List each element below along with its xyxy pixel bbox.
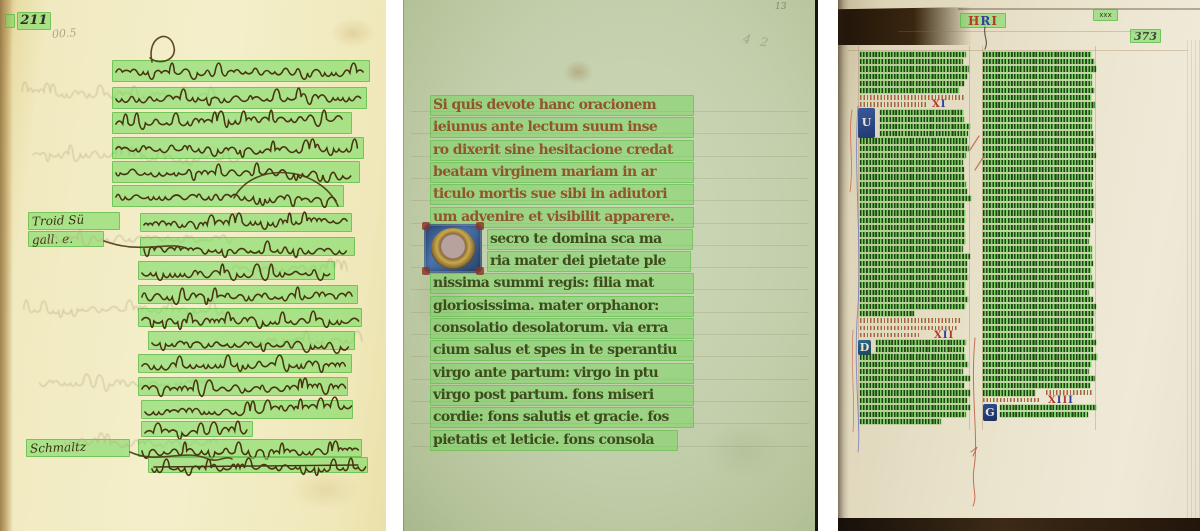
text-line-highlight: [983, 369, 1089, 374]
text-line-highlight: [983, 110, 1092, 115]
text-line-highlight: [860, 146, 969, 151]
text-line-highlight: [983, 131, 1093, 136]
text-line-highlight: [860, 354, 965, 359]
text-line-highlight: [1000, 412, 1088, 417]
text-line-highlight: [983, 318, 1093, 323]
text-line-highlight: [983, 203, 1094, 208]
text-line-highlight: [112, 87, 367, 109]
text-line-highlight: [860, 297, 968, 302]
text-line-highlight: [983, 340, 1096, 345]
text-line-highlight: [880, 124, 970, 129]
text-line-highlight: [148, 331, 355, 350]
running-title-highlight: HRI: [960, 13, 1006, 28]
text-line-highlight: [138, 354, 352, 373]
folio-mark: 13: [775, 2, 786, 12]
paper-stain: [330, 18, 376, 48]
text-line-highlight: [860, 282, 965, 287]
manuscript-text-line: ria mater dei pietate ple: [487, 251, 691, 272]
ruling-line: [858, 46, 859, 430]
text-line-highlight: [860, 369, 963, 374]
text-line-highlight: [860, 304, 965, 309]
text-line-highlight: [860, 167, 964, 172]
text-line-highlight: [860, 362, 968, 367]
text-line-highlight: [112, 161, 360, 183]
text-line-highlight: [860, 268, 967, 273]
text-line-highlight: [860, 189, 967, 194]
page-number-highlight: 211: [17, 12, 51, 30]
text-line-highlight: [983, 146, 1093, 151]
running-title-letter: I: [991, 14, 998, 28]
text-line-highlight: [983, 326, 1094, 331]
edge-mark-highlight: [5, 14, 15, 28]
text-line-highlight: [983, 333, 1092, 338]
text-line-highlight: [983, 261, 1093, 266]
text-line-highlight: [876, 340, 966, 345]
text-line-highlight: [860, 383, 964, 388]
text-line-highlight: [983, 354, 1097, 359]
text-line-highlight: [860, 398, 967, 403]
text-line-highlight: [140, 213, 352, 232]
text-line-highlight: [860, 81, 964, 86]
text-line-highlight: [860, 203, 964, 208]
text-line-highlight: [983, 282, 1094, 287]
panel-cursive-letter: 211 00.5 Troid Sü gall. e. Schmaltz: [0, 0, 386, 531]
text-line-highlight: [860, 66, 969, 71]
text-line-highlight: [112, 60, 370, 82]
text-line-highlight: [983, 153, 1096, 158]
text-line-highlight: [983, 232, 1090, 237]
text-line-highlight: [860, 376, 970, 381]
running-title-letter: R: [980, 14, 991, 28]
text-line-highlight: [983, 210, 1092, 215]
text-line-highlight: [983, 304, 1096, 309]
manuscript-text-line: pietatis et leticie. fons consola: [430, 430, 678, 451]
panel-pocket-bible: HRI xxx 373 XIXIIXIIIUDG: [838, 0, 1200, 531]
manuscript-text-line: secro te domina sca ma: [487, 229, 693, 250]
text-line-highlight: [860, 182, 966, 187]
book-top-edge-line: [958, 8, 1200, 10]
text-line-highlight: [983, 66, 1096, 71]
manuscript-text-line: ro dixerit sine hesitacione credat: [430, 140, 694, 161]
text-line-highlight: [138, 308, 362, 327]
paper-stain: [703, 420, 783, 480]
text-line-highlight: [983, 52, 1091, 57]
text-line-highlight: [860, 232, 965, 237]
text-line-highlight: [860, 390, 970, 395]
text-line-highlight: [860, 59, 963, 64]
text-line-highlight: [876, 347, 964, 352]
manuscript-text-line: virgo post partum. fons miseri: [430, 385, 694, 406]
pencil-marks: 4 2: [742, 32, 772, 51]
text-line-highlight: [983, 74, 1092, 79]
text-line-highlight: [860, 419, 941, 424]
text-line-highlight: [983, 275, 1092, 280]
running-title-letter: H: [968, 14, 980, 28]
text-line-highlight: [860, 311, 914, 316]
text-line-highlight: [983, 88, 1094, 93]
text-line-highlight: [983, 117, 1092, 122]
text-line-highlight: [983, 297, 1093, 302]
text-line-highlight: [860, 275, 968, 280]
text-line-highlight: [860, 196, 971, 201]
manuscript-text-line: Si quis devote hanc oracionem: [430, 95, 694, 116]
page-edge: [403, 0, 404, 531]
text-line-highlight: [880, 117, 964, 122]
text-line-highlight: [983, 239, 1089, 244]
manuscript-text-line: ieiunus ante lectum suum inse: [430, 117, 694, 138]
text-line-highlight: [983, 189, 1093, 194]
text-line-highlight: [983, 225, 1090, 230]
text-line-highlight: [983, 182, 1092, 187]
rubric-line-highlight: [860, 102, 928, 107]
figure-three-manuscripts: 211 00.5 Troid Sü gall. e. Schmaltz: [0, 0, 1200, 531]
text-line-highlight: [860, 246, 963, 251]
text-line-highlight: [860, 153, 966, 158]
text-line-highlight: [983, 59, 1094, 64]
book-top-edge: [838, 7, 976, 45]
text-line-highlight: [860, 210, 965, 215]
rubric-line-highlight: [860, 333, 919, 338]
text-line-highlight: [860, 74, 967, 79]
text-line-highlight: [860, 138, 967, 143]
page-number: 373: [1134, 30, 1157, 43]
text-line-highlight: [860, 52, 966, 57]
text-line-highlight: [983, 138, 1094, 143]
ruling-line: [1095, 46, 1096, 430]
illuminated-initial: D: [858, 340, 871, 355]
page-left-edge: [0, 0, 13, 531]
faint-pencil-mark: 00.5: [52, 26, 77, 41]
text-line-highlight: [983, 311, 1094, 316]
text-line-highlight: [860, 290, 965, 295]
text-line-highlight: [983, 347, 1093, 352]
text-line-highlight: [983, 376, 1095, 381]
text-line-highlight: [880, 110, 963, 115]
illuminated-initial: U: [858, 108, 875, 138]
text-line-highlight: [983, 102, 1095, 107]
text-line-highlight: [138, 285, 358, 304]
text-line-highlight: [983, 254, 1092, 259]
text-line-highlight: [983, 383, 1090, 388]
quire-mark-highlight: xxx: [1093, 9, 1118, 21]
text-line-highlight: [983, 124, 1092, 129]
text-line-highlight: [112, 137, 364, 159]
text-line-highlight: [983, 160, 1093, 165]
book-bottom-edge: [838, 518, 1200, 531]
text-line-highlight: [860, 174, 964, 179]
text-line-highlight: [138, 261, 335, 280]
text-line-highlight: [983, 167, 1093, 172]
text-line-highlight: [140, 237, 355, 256]
text-line-highlight: [112, 185, 344, 207]
text-line-highlight: [983, 218, 1093, 223]
panel-book-of-hours: Si quis devote hanc oracionemieiunus ant…: [403, 0, 818, 531]
manuscript-text-line: beatam virginem mariam in ar: [430, 162, 694, 183]
paper-stain: [563, 60, 593, 84]
text-line-highlight: [860, 412, 966, 417]
text-line-highlight: [983, 81, 1092, 86]
text-line-highlight: [148, 457, 368, 473]
text-line-highlight: [860, 218, 965, 223]
manuscript-text-line: cium salus et spes in te sperantiu: [430, 340, 694, 361]
ruling-line: [848, 50, 1188, 51]
text-line-highlight: [860, 254, 970, 259]
text-line-highlight: [860, 88, 959, 93]
text-line-highlight: [138, 377, 348, 396]
manuscript-text-line: cordie: fons salutis et gracie. fos: [430, 407, 694, 428]
rubric-line-highlight: [860, 318, 962, 323]
text-line-highlight: [860, 160, 963, 165]
text-line-highlight: [983, 246, 1092, 251]
text-line-highlight: [983, 95, 1091, 100]
text-line-highlight: [1000, 405, 1096, 410]
text-line-highlight: [983, 362, 1091, 367]
manuscript-text-line: nissima summi regis: filia mat: [430, 273, 694, 294]
manuscript-text-line: ticulo mortis sue sibi in adiutori: [430, 184, 694, 205]
text-line-highlight: [880, 131, 968, 136]
illuminated-initial: G: [983, 404, 997, 421]
rubric-line-highlight: [983, 398, 1039, 403]
illuminated-initial-O: [424, 224, 482, 273]
chapter-numeral: XI: [932, 100, 946, 110]
page-number: 211: [20, 13, 47, 28]
page-edge-shadow: [815, 0, 818, 531]
text-line-highlight: [983, 290, 1089, 295]
text-line-highlight: [860, 405, 970, 410]
text-line-highlight: [983, 268, 1091, 273]
manuscript-text-line: gloriosissima. mater orphanor:: [430, 296, 694, 317]
rubric-line-highlight: [860, 95, 965, 100]
text-line-highlight: [860, 261, 967, 266]
page-number-highlight: 373: [1130, 29, 1161, 43]
text-line-highlight: [112, 112, 352, 134]
fore-edge-pages: [1187, 40, 1200, 518]
manuscript-text-line: virgo ante partum: virgo in ptu: [430, 363, 694, 384]
ruling-line: [969, 46, 970, 430]
gutter-shadow: [838, 0, 849, 531]
text-line-highlight: [860, 239, 965, 244]
text-line-highlight: [983, 390, 1035, 395]
manuscript-text-line: consolatio desolatorum. via erra: [430, 318, 694, 339]
ruling-line: [898, 31, 1148, 32]
text-line-highlight: [860, 225, 964, 230]
text-line-highlight: [983, 174, 1093, 179]
text-line-highlight: [983, 196, 1094, 201]
